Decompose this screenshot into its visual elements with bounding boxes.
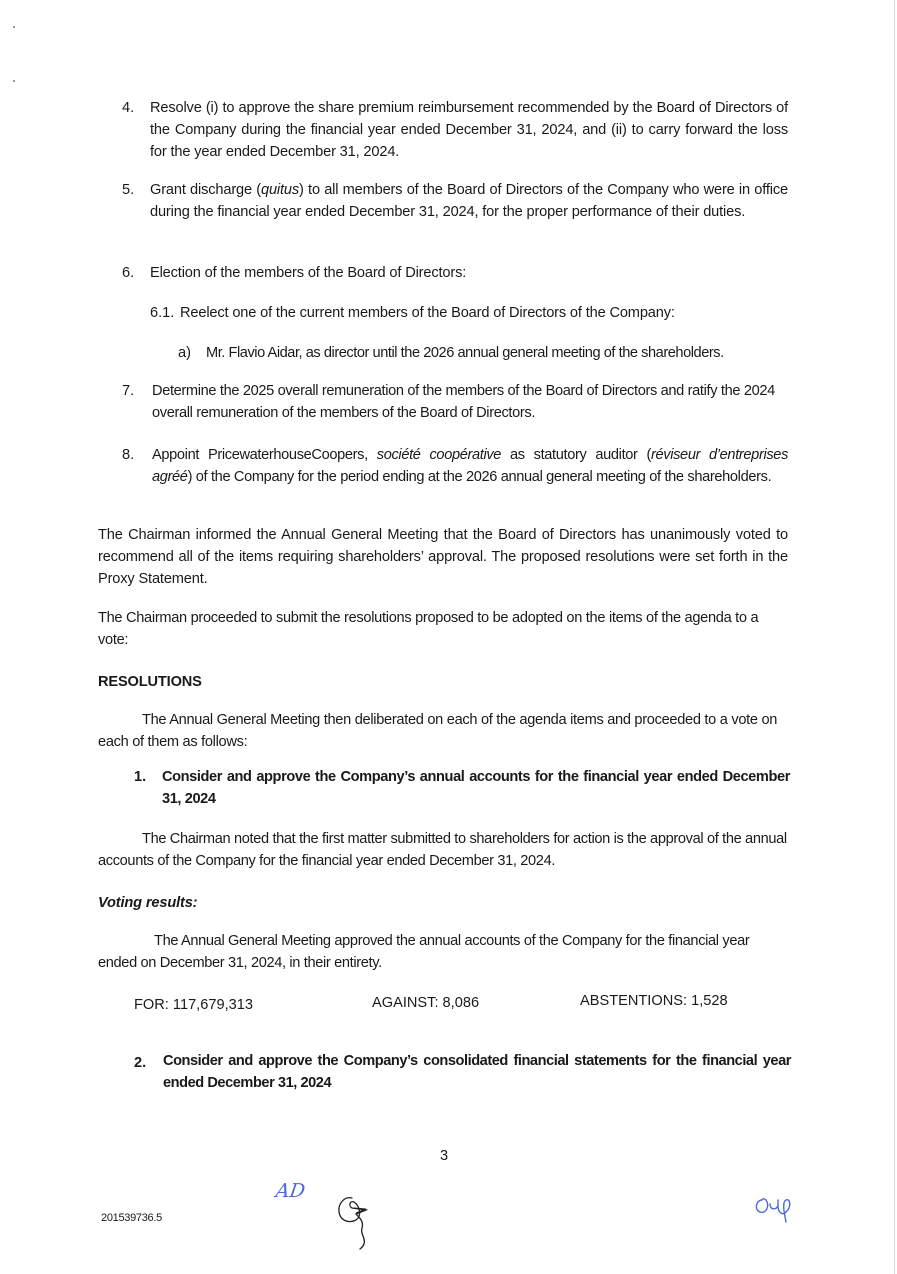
resolution-1-title: Consider and approve the Company’s annua… [162,766,790,810]
resolution-1-note: The Chairman noted that the first matter… [98,828,790,872]
legal-form-term: société coopérative [377,447,501,463]
voting-results-label: Voting results: [98,892,197,914]
agenda-item-6-1-a: Mr. Flavio Aidar, as director until the … [206,342,806,364]
votes-abstentions: ABSTENTIONS: 1,528 [580,990,728,1012]
resolution-number: 1. [134,766,146,788]
signature-scribble [330,1188,390,1250]
sub-item-number: 6.1. [150,302,174,324]
resolution-1-result: The Annual General Meeting approved the … [98,930,790,974]
scan-speck [13,26,15,28]
page-number: 3 [440,1148,448,1164]
agenda-item-number: 6. [122,262,134,284]
resolutions-heading: RESOLUTIONS [98,671,202,693]
text: Appoint PricewaterhouseCoopers, [152,447,377,463]
chairman-informed-paragraph: The Chairman informed the Annual General… [98,524,788,590]
agenda-item-number: 7. [122,380,134,402]
chairman-proceeded-paragraph: The Chairman proceeded to submit the res… [98,607,790,651]
agenda-item-6-1: Reelect one of the current members of th… [180,302,780,324]
agenda-item-7: Determine the 2025 overall remuneration … [152,380,792,424]
text: as statutory auditor ( [501,447,651,463]
scan-speck [13,80,15,82]
agenda-item-number: 8. [122,444,134,466]
text: Grant discharge ( [150,182,261,198]
votes-against: AGAINST: 8,086 [372,992,479,1014]
agenda-item-number: 5. [122,179,134,201]
page-edge [894,0,895,1274]
document-page: 4. Resolve (i) to approve the share prem… [0,0,897,1274]
resolution-2-title: Consider and approve the Company’s conso… [163,1050,791,1094]
resolution-number: 2. [134,1052,146,1074]
sub-sub-item-letter: a) [178,342,191,364]
resolutions-intro: The Annual General Meeting then delibera… [98,709,790,753]
agenda-item-number: 4. [122,97,134,119]
votes-for: FOR: 117,679,313 [134,994,253,1016]
text: ) of the Company for the period ending a… [188,469,772,485]
agenda-item-6: Election of the members of the Board of … [150,262,788,284]
agenda-item-4: Resolve (i) to approve the share premium… [150,97,788,163]
initials-right-signature [752,1188,806,1224]
document-id: 201539736.5 [101,1212,162,1224]
quitus-term: quitus [261,182,299,198]
initials-left: AD [274,1180,306,1202]
agenda-item-8: Appoint PricewaterhouseCoopers, société … [152,444,788,488]
agenda-item-5: Grant discharge (quitus) to all members … [150,179,788,223]
